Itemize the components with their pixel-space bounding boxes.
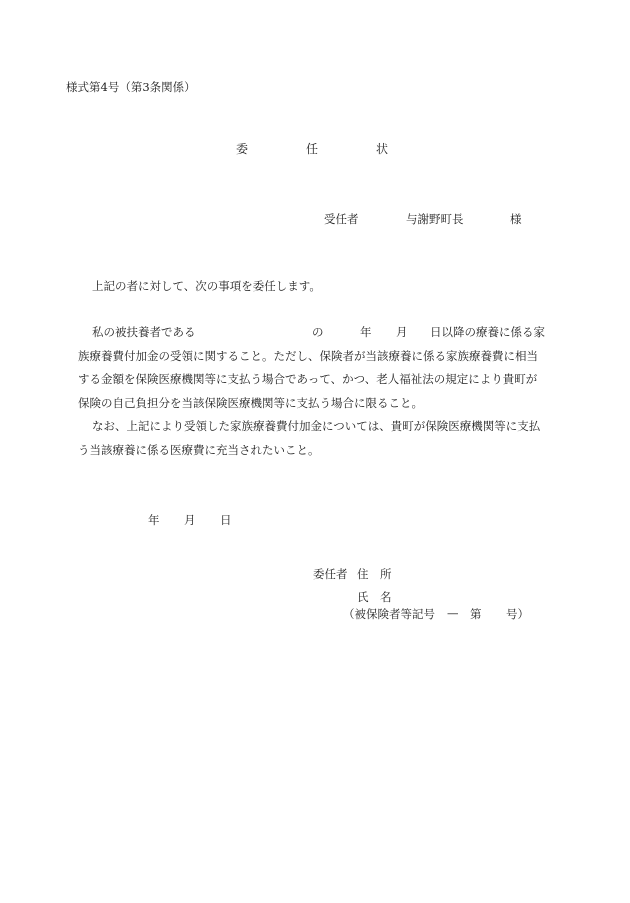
of-particle: の [312, 321, 324, 345]
date-month: 月 [184, 512, 196, 528]
recipient-name: 与謝野町長 [406, 211, 464, 227]
insured-number-open: （被保険者等記号 [343, 606, 435, 622]
insured-number-dai: 第 [470, 606, 482, 622]
dependent-text: 私の被扶養者である [92, 321, 196, 345]
title-char-2: 任 [306, 140, 318, 157]
delegator-label: 委任者 [313, 566, 348, 582]
paragraph-line: 族療養費付加金の受領に関すること。ただし、保険者が当該療養に係る家族療養費に相当 [78, 345, 548, 369]
date-year: 年 [148, 512, 160, 528]
insured-number-gou: 号） [506, 606, 529, 622]
month-label: 月 [396, 321, 408, 345]
appropriation-paragraph: なお、上記により受領した家族療養費付加金については、貴町が保険医療機関等に支払 … [78, 415, 548, 462]
day-onward-text: 日以降の療養に係る家 [430, 321, 545, 345]
title-char-3: 状 [376, 140, 388, 157]
paragraph-line: 保険の自己負担分を当該保険医療機関等に支払う場合に限ること。 [78, 392, 548, 416]
form-number: 様式第4号（第3条関係） [66, 82, 196, 94]
recipient-honorific: 様 [510, 211, 522, 227]
date-day: 日 [220, 512, 232, 528]
address-label: 住 所 [357, 566, 392, 582]
insured-number-dash: — [447, 606, 459, 620]
paragraph-line: する金額を保険医療機関等に支払う場合であって、かつ、老人福祉法の規定により貴町が [78, 368, 548, 392]
name-label: 氏 名 [357, 589, 392, 605]
paragraph-line: 私の被扶養者である の 年 月 日以降の療養に係る家 [78, 321, 548, 345]
paragraph-line: なお、上記により受領した家族療養費付加金については、貴町が保険医療機関等に支払 [78, 415, 548, 439]
year-label: 年 [360, 321, 372, 345]
paragraph-line: う当該療養に係る医療費に充当されたいこと。 [78, 439, 548, 463]
recipient-label: 受任者 [324, 211, 359, 227]
title-char-1: 委 [236, 140, 248, 157]
delegation-paragraph: 私の被扶養者である の 年 月 日以降の療養に係る家 族療養費付加金の受領に関す… [78, 321, 548, 415]
intro-sentence: 上記の者に対して、次の事項を委任します。 [92, 281, 321, 293]
